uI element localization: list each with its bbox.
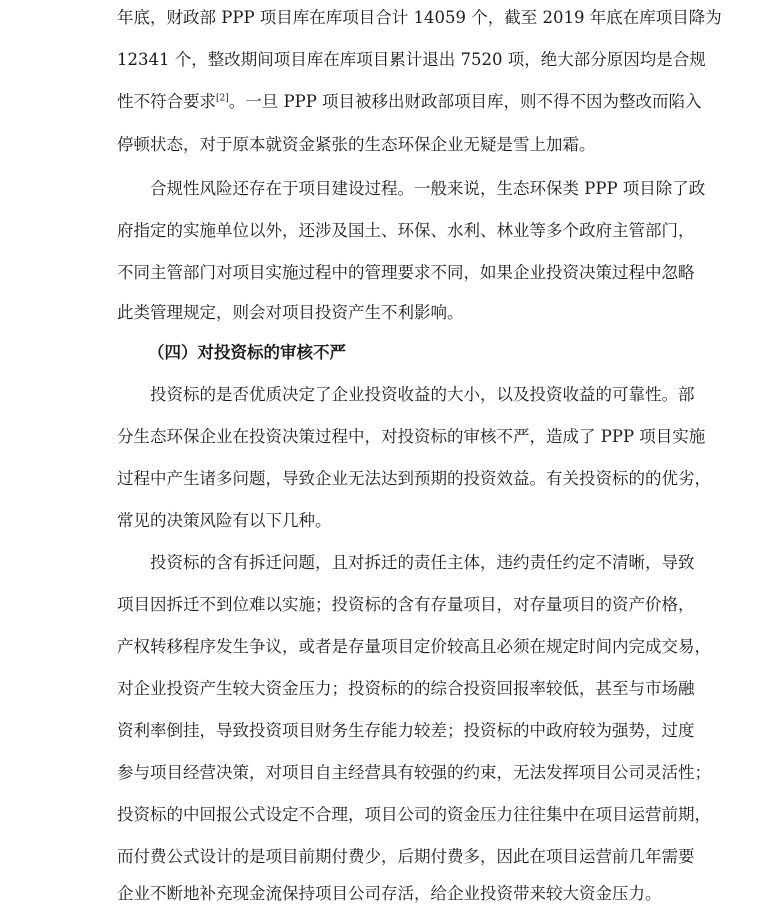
paragraph-line: 分生态环保企业在投资决策过程中，对投资标的审核不严，造成了 PPP 项目实施 <box>117 425 660 449</box>
paragraph-line: 项目因拆迁不到位难以实施；投资标的含有存量项目，对存量项目的资产价格， <box>117 593 660 617</box>
paragraph-line: 投资标的中回报公式设定不合理，项目公司的资金压力往往集中在项目运营前期， <box>117 803 660 827</box>
paragraph-line: 对企业投资产生较大资金压力；投资标的的综合投资回报率较低，甚至与市场融 <box>117 677 660 701</box>
paragraph-line: 府指定的实施单位以外，还涉及国土、环保、水利、林业等多个政府主管部门， <box>117 219 660 243</box>
paragraph-line: 停顿状态，对于原本就资金紧张的生态环保企业无疑是雪上加霜。 <box>117 133 660 157</box>
paragraph-line: 合规性风险还存在于项目建设过程。一般来说，生态环保类 PPP 项目除了政 <box>150 177 660 201</box>
paragraph-line: 投资标的是否优质决定了企业投资收益的大小，以及投资收益的可靠性。部 <box>150 383 660 407</box>
paragraph-line: 过程中产生诸多问题，导致企业无法达到预期的投资效益。有关投资标的的优劣， <box>117 467 660 491</box>
document-page: 年底，财政部 PPP 项目库在库项目合计 14059 个，截至 2019 年底在… <box>0 0 780 914</box>
paragraph-line: 此类管理规定，则会对项目投资产生不利影响。 <box>117 301 660 325</box>
paragraph-line: 产权转移程序发生争议，或者是存量项目定价较高且必须在规定时间内完成交易， <box>117 635 660 659</box>
paragraph-line: 资利率倒挂，导致投资项目财务生存能力较差；投资标的中政府较为强势，过度 <box>117 719 660 743</box>
paragraph-line: 参与项目经营决策，对项目自主经营具有较强的约束，无法发挥项目公司灵活性； <box>117 761 660 785</box>
paragraph-line: 企业不断地补充现金流保持项目公司存活，给企业投资带来较大资金压力。 <box>117 882 660 906</box>
paragraph-line: 不同主管部门对项目实施过程中的管理要求不同，如果企业投资决策过程中忽略 <box>117 261 660 285</box>
paragraph-line: 性不符合要求[2]。一旦 PPP 项目被移出财政部项目库，则不得不因为整改而陷入 <box>117 90 660 114</box>
section-heading: （四）对投资标的审核不严 <box>148 341 346 365</box>
line-text: 。一旦 PPP 项目被移出财政部项目库，则不得不因为整改而陷入 <box>229 92 702 111</box>
paragraph-line: 常见的决策风险有以下几种。 <box>117 509 660 533</box>
paragraph-line: 年底，财政部 PPP 项目库在库项目合计 14059 个，截至 2019 年底在… <box>117 6 660 30</box>
citation-reference: [2] <box>216 94 229 104</box>
paragraph-line: 12341 个，整改期间项目库在库项目累计退出 7520 项，绝大部分原因均是合… <box>117 48 660 72</box>
paragraph-line: 投资标的含有拆迁问题，且对拆迁的责任主体，违约责任约定不清晰，导致 <box>150 551 660 575</box>
paragraph-line: 而付费公式设计的是项目前期付费少，后期付费多，因此在项目运营前几年需要 <box>117 845 660 869</box>
line-text: 性不符合要求 <box>117 92 216 111</box>
